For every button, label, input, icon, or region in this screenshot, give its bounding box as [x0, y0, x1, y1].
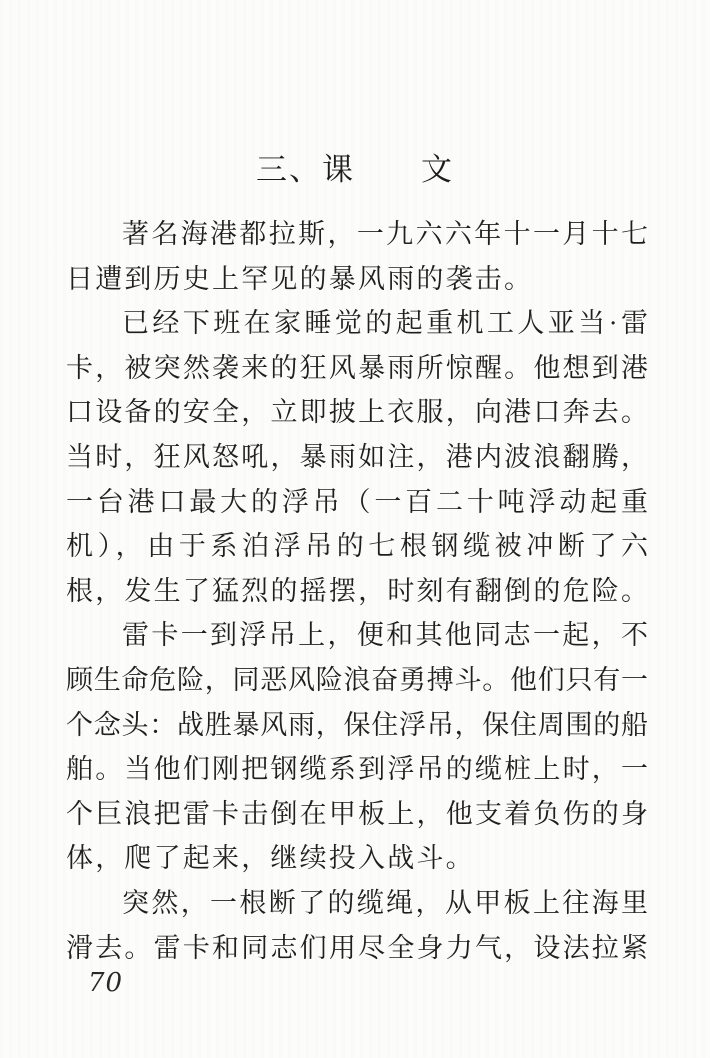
page-number: 70 — [88, 968, 123, 998]
page-title: 三、课 文 — [0, 144, 710, 189]
text-line: 个念头：战胜暴风雨，保住浮吊，保住周围的船 — [66, 703, 648, 748]
text-line: 突然，一根断了的缆绳，从甲板上往海里 — [66, 881, 648, 926]
text-line: 体，爬了起来，继续投入战斗。 — [66, 836, 648, 881]
text-line: 舶。当他们刚把钢缆系到浮吊的缆桩上时，一 — [66, 747, 648, 792]
text-line: 雷卡一到浮吊上，便和其他同志一起，不 — [66, 613, 648, 658]
text-line: 根，发生了猛烈的摇摆，时刻有翻倒的危险。 — [66, 569, 648, 614]
text-line: 已经下班在家睡觉的起重机工人亚当·雷 — [66, 301, 648, 346]
text-line: 顾生命危险，同恶风险浪奋勇搏斗。他们只有一 — [66, 658, 648, 703]
text-line: 机），由于系泊浮吊的七根钢缆被冲断了六 — [66, 524, 648, 569]
text-line: 一台港口最大的浮吊（一百二十吨浮动起重 — [66, 480, 648, 525]
scanned-textbook-page: 三、课 文 著名海港都拉斯，一九六六年十一月十七 日遭到历史上罕见的暴风雨的袭击… — [0, 0, 710, 1058]
text-line: 卡，被突然袭来的狂风暴雨所惊醒。他想到港 — [66, 346, 648, 391]
text-line: 日遭到历史上罕见的暴风雨的袭击。 — [66, 257, 648, 302]
text-line: 当时，狂风怒吼，暴雨如注，港内波浪翻腾， — [66, 435, 648, 480]
text-line: 著名海港都拉斯，一九六六年十一月十七 — [66, 212, 648, 257]
text-line: 口设备的安全，立即披上衣服，向港口奔去。 — [66, 390, 648, 435]
text-line: 滑去。雷卡和同志们用尽全身力气，设法拉紧 — [66, 926, 648, 971]
lesson-body-text: 著名海港都拉斯，一九六六年十一月十七 日遭到历史上罕见的暴风雨的袭击。 已经下班… — [66, 212, 648, 970]
text-line: 个巨浪把雷卡击倒在甲板上，他支着负伤的身 — [66, 792, 648, 837]
